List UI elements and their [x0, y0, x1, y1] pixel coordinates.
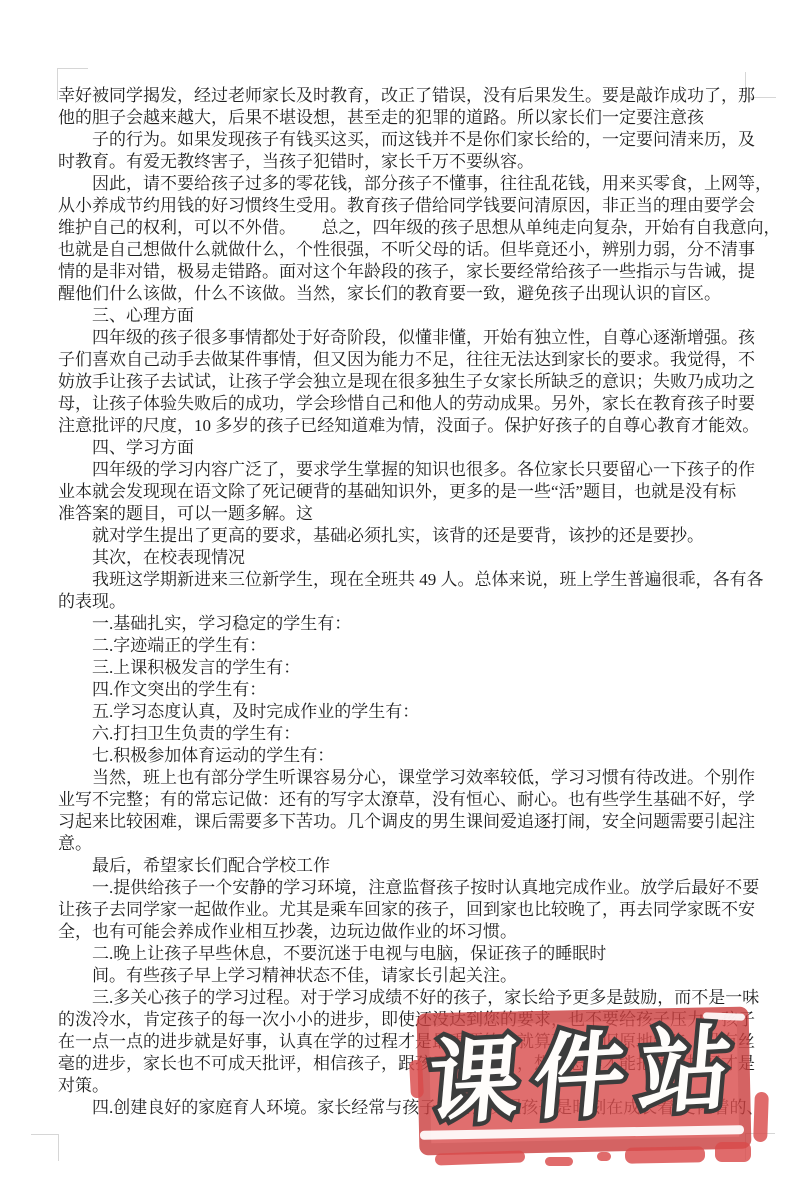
text-line: 三.上课积极发言的学生有：	[58, 657, 750, 679]
text-line: 从小养成节约用钱的好习惯终生受用。教育孩子借给同学钱要问清原因，非正当的理由要学…	[58, 195, 750, 217]
text-line: 准答案的题目，可以一题多解。这	[58, 503, 750, 525]
text-line: 因此，请不要给孩子过多的零花钱，部分孩子不懂事，往往乱花钱，用来买零食，上网等，	[58, 173, 750, 195]
text-line: 全，也有可能会养成作业相互抄袭，边玩边做作业的坏习惯。	[58, 921, 750, 943]
text-line: 五.学习态度认真，及时完成作业的学生有：	[58, 701, 750, 723]
text-boundary-corner-bottom-left	[58, 1134, 59, 1161]
text-line: 一.提供给孩子一个安静的学习环境，注意监督孩子按时认真地完成作业。放学后最好不要	[58, 877, 750, 899]
text-line: 习起来比较困难，课后需要多下苦功。几个调皮的男生课间爱追逐打闹，安全问题需要引起…	[58, 811, 750, 833]
text-line: 四、学习方面	[58, 437, 750, 459]
text-line: 六.打扫卫生负责的学生有：	[58, 723, 750, 745]
text-line: 间。有些孩子早上学习精神状态不佳，请家长引起关注。	[58, 965, 750, 987]
text-boundary-corner-top-left	[57, 68, 88, 69]
stamp-ink-blob	[625, 1146, 705, 1163]
text-line: 维护自己的权利，可以不外借。 总之，四年级的孩子思想从单纯走向复杂，开始有自我意…	[58, 217, 750, 239]
watermark-stamp: 课件站 课件站	[405, 1000, 785, 1190]
text-line: 的表现。	[58, 591, 750, 613]
text-line: 醒他们什么该做，什么不该做。当然，家长们的教育要一致，避免孩子出现认识的盲区。	[58, 283, 750, 305]
text-line: 让孩子去同学家一起做作业。尤其是乘车回家的孩子，回到家也比较晚了，再去同学家既不…	[58, 899, 750, 921]
text-line: 也就是自己想做什么就做什么，个性很强，不听父母的话。但毕竟还小，辨别力弱，分不清…	[58, 239, 750, 261]
document-page: 幸好被同学揭发，经过老师家长及时教育，改正了错误，没有后果发生。要是敲诈成功了，…	[0, 0, 800, 1200]
text-line: 四年级的孩子很多事情都处于好奇阶段，似懂非懂，开始有独立性，自尊心逐渐增强。孩	[58, 327, 750, 349]
stamp-ink-blob	[409, 1060, 424, 1099]
stamp-ink-blob	[715, 1142, 751, 1162]
text-line: 幸好被同学揭发，经过老师家长及时教育，改正了错误，没有后果发生。要是敲诈成功了，…	[58, 85, 750, 107]
stamp-ink-blob	[545, 1157, 573, 1166]
text-line: 他的胆子会越来越大，后果不堪设想，甚至走的犯罪的道路。所以家长们一定要注意孩	[58, 107, 750, 129]
text-line: 时教育。有爱无教终害子，当孩子犯错时，家长千万不要纵容。	[58, 151, 750, 173]
text-line: 注意批评的尺度，10 多岁的孩子已经知道难为情，没面子。保护好孩子的自尊心教育才…	[58, 415, 750, 437]
stamp-text-fill: 课件站	[423, 1018, 749, 1135]
text-line: 子的行为。如果发现孩子有钱买这买，而这钱并不是你们家长给的，一定要问清来历，及	[58, 129, 750, 151]
text-line: 意。	[58, 833, 750, 855]
text-line: 四年级的学习内容广泛了，要求学生掌握的知识也很多。各位家长只要留心一下孩子的作	[58, 459, 750, 481]
text-line: 我班这学期新进来三位新学生，现在全班共 49 人。总体来说，班上学生普遍很乖，各…	[58, 569, 750, 591]
stamp-ink-blob	[435, 1150, 525, 1165]
text-line: 母，让孩子体验失败后的成功，学会珍惜自己和他人的劳动成果。另外，家长在教育孩子时…	[58, 393, 750, 415]
text-line: 其次，在校表现情况	[58, 547, 750, 569]
text-line: 四.作文突出的学生有：	[58, 679, 750, 701]
text-line: 子们喜欢自己动手去做某件事情，但又因为能力不足，往往无法达到家长的要求。我觉得，…	[58, 349, 750, 371]
stamp-text: 课件站 课件站	[422, 1017, 771, 1145]
text-line: 二.字迹端正的学生有：	[58, 635, 750, 657]
text-line: 最后，希望家长们配合学校工作	[58, 855, 750, 877]
document-text: 幸好被同学揭发，经过老师家长及时教育，改正了错误，没有后果发生。要是敲诈成功了，…	[58, 85, 750, 1119]
text-line: 七.积极参加体育运动的学生有：	[58, 745, 750, 767]
text-line: 二.晚上让孩子早些休息，不要沉迷于电视与电脑，保证孩子的睡眠时	[58, 943, 750, 965]
text-line: 妨放手让孩子去试试，让孩子学会独立是现在很多独生子女家长所缺乏的意识；失败乃成功…	[58, 371, 750, 393]
text-line: 就对学生提出了更高的要求，基础必须扎实，该背的还是要背，该抄的还是要抄。	[58, 525, 750, 547]
text-line: 一.基础扎实，学习稳定的学生有：	[58, 613, 750, 635]
text-line: 三、心理方面	[58, 305, 750, 327]
text-line: 业本就会发现现在语文除了死记硬背的基础知识外，更多的是一些“活”题目，也就是没有…	[58, 481, 750, 503]
text-boundary-corner-bottom-left	[31, 1134, 59, 1135]
text-line: 业写不完整；有的常忘记做：还有的写字太潦草，没有恒心、耐心。也有些学生基础不好，…	[58, 789, 750, 811]
text-line: 情的是非对错，极易走错路。面对这个年龄段的孩子，家长要经常给孩子一些指示与告诫，…	[58, 261, 750, 283]
stamp-ink-blob	[597, 1152, 611, 1161]
text-line: 当然，班上也有部分学生听课容易分心，课堂学习效率较低，学习习惯有待改进。个别作	[58, 767, 750, 789]
